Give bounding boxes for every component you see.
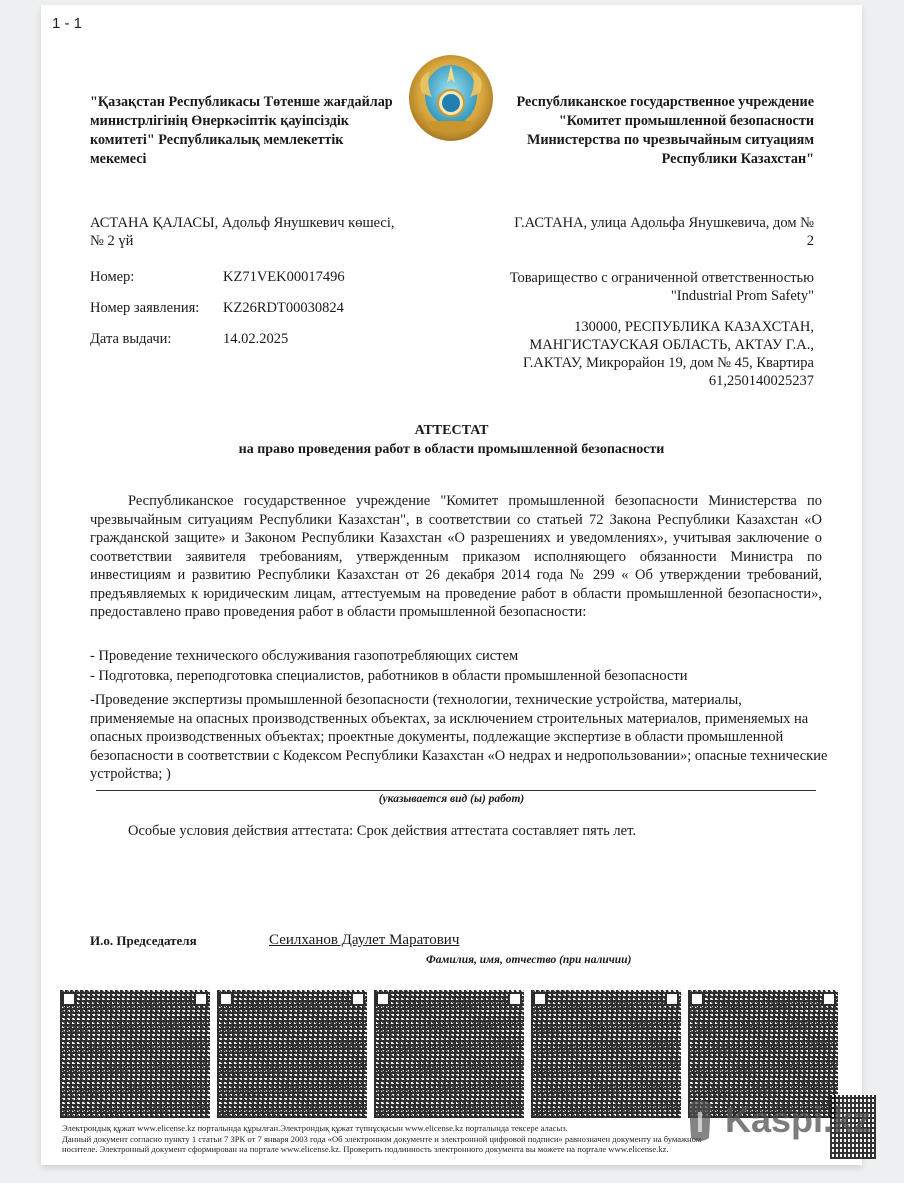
meta-row-issue-date: Дата выдачи: 14.02.2025 <box>90 331 345 362</box>
issue-date-value: 14.02.2025 <box>223 331 288 362</box>
special-conditions: Особые условия действия аттестата: Срок … <box>128 823 636 840</box>
page-indicator: 1 - 1 <box>52 15 82 32</box>
kazakhstan-state-emblem-icon <box>408 53 494 143</box>
issuer-address-kz: АСТАНА ҚАЛАСЫ, Адольф Янушкевич көшесі, … <box>90 214 400 250</box>
signatory-role: И.о. Председателя <box>90 933 197 949</box>
work-item-expertise: -Проведение экспертизы промышленной безо… <box>90 691 830 784</box>
footer-line: носителе. Электронный документ сформиров… <box>62 1144 822 1155</box>
document-body: Республиканское государственное учрежден… <box>90 492 822 622</box>
signatory-caption: Фамилия, имя, отчество (при наличии) <box>426 954 631 966</box>
qr-code-icon <box>531 990 681 1118</box>
kaspi-logo-icon <box>681 1098 719 1142</box>
document-meta: Номер: KZ71VEK00017496 Номер заявления: … <box>90 269 345 362</box>
issuer-name-ru: Республиканское государственное учрежден… <box>514 93 814 169</box>
kaspi-watermark: Kaspi.kz <box>681 1095 871 1145</box>
qr-code-icon <box>60 990 210 1118</box>
meta-row-application: Номер заявления: KZ26RDT00030824 <box>90 300 345 331</box>
issue-date-label: Дата выдачи: <box>90 331 223 362</box>
application-label: Номер заявления: <box>90 300 223 331</box>
work-item: - Проведение технического обслуживания г… <box>90 646 822 666</box>
meta-row-number: Номер: KZ71VEK00017496 <box>90 269 345 300</box>
document-subtitle: на право проведения работ в области пром… <box>41 442 862 458</box>
number-label: Номер: <box>90 269 223 300</box>
works-list: - Проведение технического обслуживания г… <box>90 646 822 686</box>
recipient-address: 130000, РЕСПУБЛИКА КАЗАХСТАН, МАНГИСТАУС… <box>494 318 814 390</box>
signatory-name: Сеилханов Даулет Маратович <box>269 932 459 949</box>
issuer-address-ru: Г.АСТАНА, улица Адольфа Янушкевича, дом … <box>514 214 814 250</box>
application-value: KZ26RDT00030824 <box>223 300 344 331</box>
document-page: 1 - 1 "Қазақстан Республикасы Төтенше жа… <box>41 5 862 1165</box>
document-title: АТТЕСТАТ <box>41 423 862 439</box>
number-value: KZ71VEK00017496 <box>223 269 345 300</box>
recipient-company: Товарищество с ограниченной ответственно… <box>494 269 814 305</box>
qr-code-icon <box>217 990 367 1118</box>
watermark-text: Kaspi.kz <box>725 1099 871 1141</box>
qr-code-icon <box>374 990 524 1118</box>
issuer-name-kz: "Қазақстан Республикасы Төтенше жағдайла… <box>90 93 400 169</box>
divider-line <box>96 790 816 791</box>
work-item: - Подготовка, переподготовка специалисто… <box>90 666 822 686</box>
works-caption: (указывается вид (ы) работ) <box>41 793 862 805</box>
